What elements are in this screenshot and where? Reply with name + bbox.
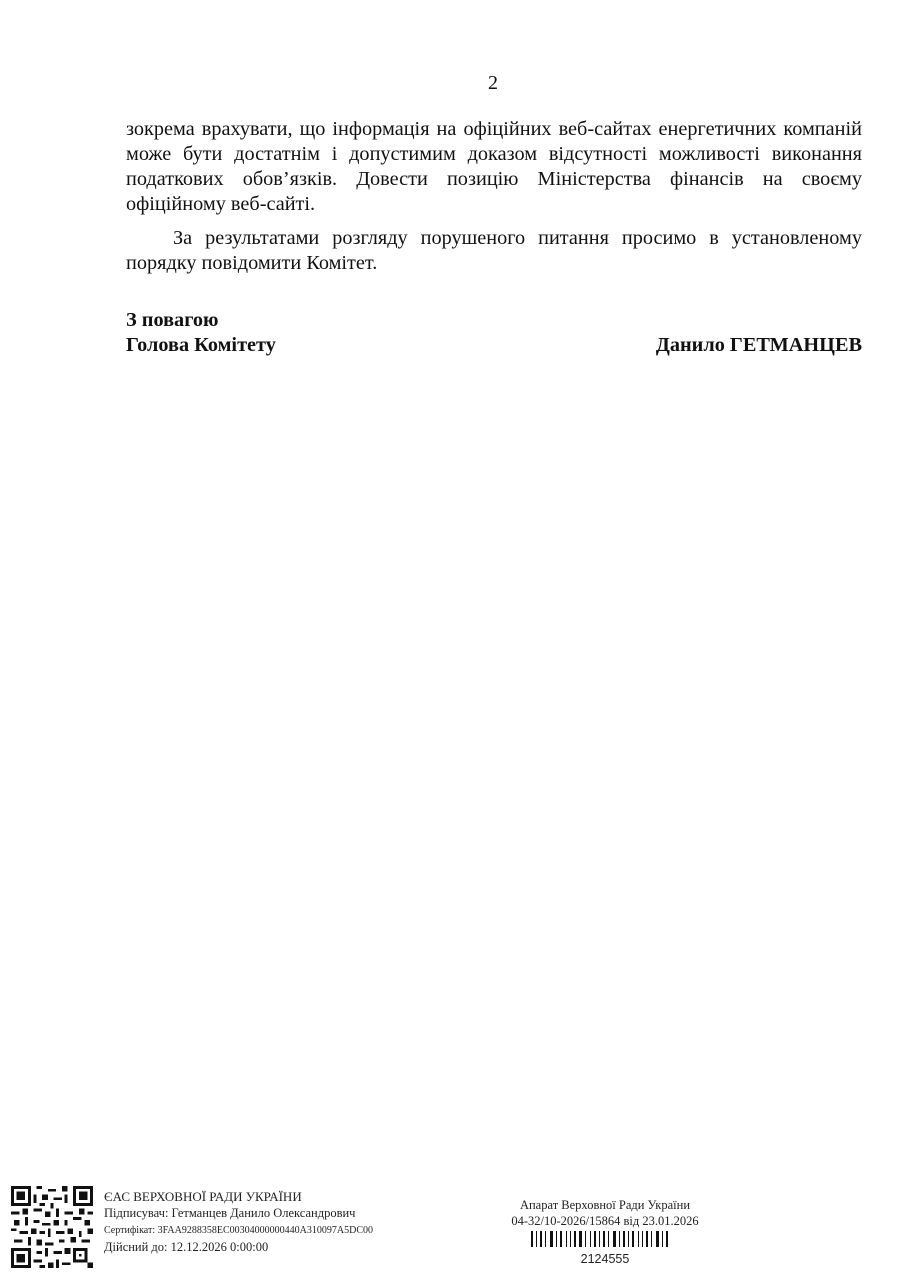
qr-code-icon <box>10 1186 94 1268</box>
signature-block: З повагою Голова Комітету Данило ГЕТМАНЦ… <box>126 308 862 358</box>
e-signature-stamp: ЄАС ВЕРХОВНОЇ РАДИ УКРАЇНИ Підписувач: Г… <box>10 1186 373 1268</box>
page-number: 2 <box>0 72 906 95</box>
paragraph-1: зокрема врахувати, що інформація на офіц… <box>126 117 862 217</box>
registration-organization: Апарат Верховної Ради України <box>495 1197 715 1213</box>
barcode-icon <box>531 1231 679 1247</box>
eds-certificate: Сертифікат: 3FAA9288358EC00304000000440A… <box>104 1222 373 1239</box>
eds-system: ЄАС ВЕРХОВНОЇ РАДИ УКРАЇНИ <box>104 1188 373 1205</box>
eds-signer: Підписувач: Гетманцев Данило Олександров… <box>104 1205 373 1222</box>
registration-stamp: Апарат Верховної Ради України 04-32/10-2… <box>495 1197 715 1266</box>
signature-closing: З повагою <box>126 308 862 333</box>
signature-row: Голова Комітету Данило ГЕТМАНЦЕВ <box>126 333 862 358</box>
paragraph-2: За результатами розгляду порушеного пита… <box>126 226 862 276</box>
signature-position: Голова Комітету <box>126 333 276 358</box>
signature-name: Данило ГЕТМАНЦЕВ <box>656 333 862 358</box>
eds-valid-until: Дійсний до: 12.12.2026 0:00:00 <box>104 1239 373 1256</box>
registration-number: 04-32/10-2026/15864 від 23.01.2026 <box>495 1213 715 1229</box>
e-signature-details: ЄАС ВЕРХОВНОЇ РАДИ УКРАЇНИ Підписувач: Г… <box>104 1186 373 1256</box>
barcode-number: 2124555 <box>495 1252 715 1266</box>
